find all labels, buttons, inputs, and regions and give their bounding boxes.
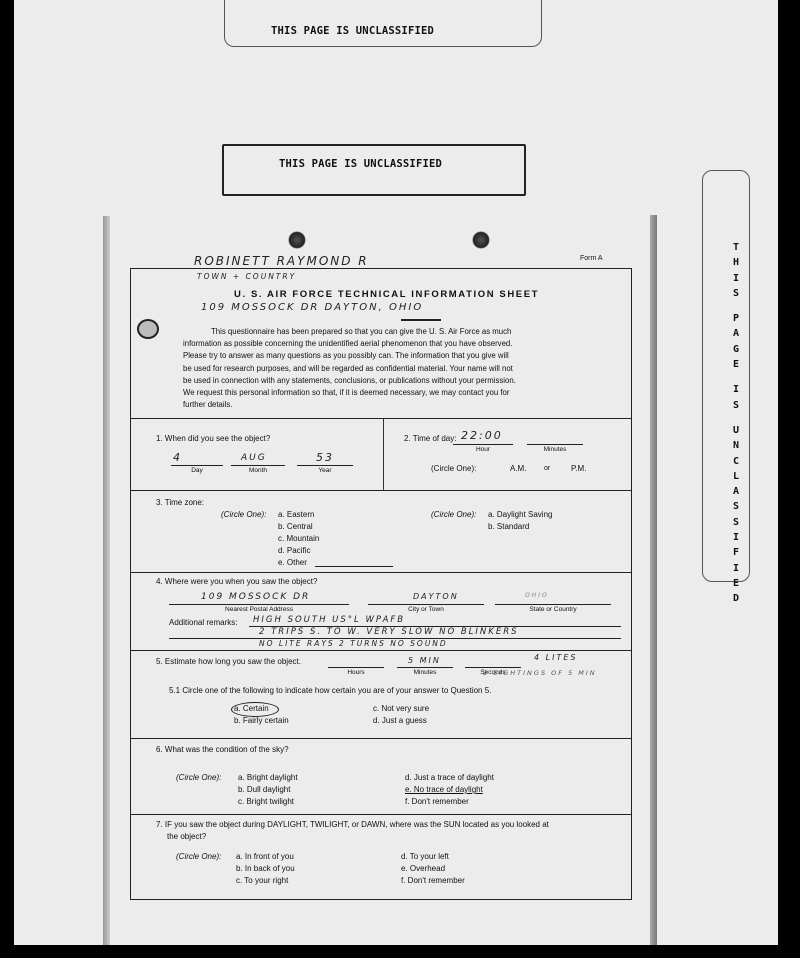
q7-option-left[interactable]: d. To your left: [401, 852, 449, 861]
section-q6: 6. What was the condition of the sky? (C…: [131, 738, 631, 814]
side-unclassified-stamp: THISPAGEISUNCLASSIFIED: [729, 240, 743, 607]
q1-question: 1. When did you see the object?: [156, 434, 270, 443]
top-unclassified-stamp: THIS PAGE IS UNCLASSIFIED: [271, 25, 434, 37]
q3-circle-one: (Circle One):: [221, 510, 266, 519]
q6-option-bright-daylight[interactable]: a. Bright daylight: [238, 773, 298, 782]
q4-remarks-line1: HIGH SOUTH US°L WPAFB: [253, 615, 405, 625]
q3-other-field[interactable]: [315, 566, 393, 567]
q7-circle-one: (Circle One):: [176, 852, 221, 861]
q6-option-no-trace-daylight[interactable]: e. No trace of daylight: [405, 785, 483, 794]
q6-option-dont-remember[interactable]: f. Don't remember: [405, 797, 469, 806]
q5-seconds-field[interactable]: [465, 667, 521, 668]
top-stamp-bracket: [224, 0, 542, 47]
q3-type-standard[interactable]: b. Standard: [488, 522, 529, 531]
q3-type-daylight-saving[interactable]: a. Daylight Saving: [488, 510, 552, 519]
side-stamp-gap: [729, 372, 743, 382]
q4-remarks-line2: 2 TRIPS S. TO W. VERY SLOW NO BLINKERS: [259, 627, 519, 637]
q2-question: 2. Time of day:: [404, 434, 456, 443]
q1-year-value: 53: [316, 451, 334, 464]
q1-day-label: Day: [171, 467, 223, 474]
form-title: U. S. AIR FORCE TECHNICAL INFORMATION SH…: [234, 289, 539, 300]
q1-q2-divider: [383, 419, 384, 491]
middle-unclassified-stamp: THIS PAGE IS UNCLASSIFIED: [279, 158, 442, 170]
q3-zone-other[interactable]: e. Other: [278, 558, 307, 567]
side-stamp-letter: P: [729, 311, 743, 326]
side-stamp-letter: S: [729, 499, 743, 514]
intro-line: Please try to answer as many questions a…: [183, 350, 516, 362]
intro-line: information as possible concerning the u…: [183, 338, 516, 350]
side-stamp-letter: L: [729, 469, 743, 484]
side-stamp-letter: C: [729, 454, 743, 469]
q4-state-label: State or Country: [495, 606, 611, 613]
side-stamp-letter: H: [729, 255, 743, 270]
q3-zone-pacific[interactable]: d. Pacific: [278, 546, 310, 555]
right-edge: [778, 0, 800, 958]
q51-option-not-very-sure[interactable]: c. Not very sure: [373, 704, 429, 713]
q5-hours-label: Hours: [328, 669, 384, 676]
title-rule: [401, 319, 441, 321]
q4-remarks-label: Additional remarks:: [169, 618, 237, 627]
q1-day-field[interactable]: [171, 465, 223, 466]
q5-question: 5. Estimate how long you saw the object.: [156, 657, 301, 666]
side-stamp-gap: [729, 301, 743, 311]
handwritten-name: ROBINETT RAYMOND R: [194, 254, 369, 268]
q6-circle-one: (Circle One):: [176, 773, 221, 782]
section-q3: 3. Time zone: (Circle One): a. Eastern b…: [131, 490, 631, 572]
q5-hours-field[interactable]: [328, 667, 384, 668]
q2-am-option[interactable]: A.M.: [510, 464, 526, 473]
side-stamp-letter: S: [729, 286, 743, 301]
side-stamp-letter: D: [729, 591, 743, 606]
punch-hole-right: [472, 231, 490, 249]
q51-option-certain[interactable]: a. Certain: [234, 704, 269, 713]
q7-option-front[interactable]: a. In front of you: [236, 852, 294, 861]
q3-zone-mountain[interactable]: c. Mountain: [278, 534, 319, 543]
side-stamp-letter: U: [729, 423, 743, 438]
q4-city-value: DAYTON: [413, 592, 459, 601]
side-stamp-letter: N: [729, 438, 743, 453]
side-stamp-letter: E: [729, 576, 743, 591]
q2-hour-value: 22:00: [461, 429, 503, 442]
section-q7: 7. IF you saw the object during DAYLIGHT…: [131, 814, 631, 900]
q1-year-label: Year: [297, 467, 353, 474]
intro-line: We request this personal information so …: [183, 387, 516, 399]
side-stamp-letter: I: [729, 530, 743, 545]
q6-option-trace-daylight[interactable]: d. Just a trace of daylight: [405, 773, 494, 782]
q5-note-sightings: 2 SIGHTINGS OF 5 MIN: [483, 669, 597, 677]
q5-minutes-field[interactable]: [397, 667, 453, 668]
section-q5: 5. Estimate how long you saw the object.…: [131, 650, 631, 738]
intro-line: be used in connection with any statement…: [183, 375, 516, 387]
q6-option-bright-twilight[interactable]: c. Bright twilight: [238, 797, 294, 806]
intro-line: be used for research purposes, and will …: [183, 363, 516, 375]
q1-month-label: Month: [231, 467, 285, 474]
intro-paragraph: This questionnaire has been prepared so …: [183, 326, 516, 411]
q51-option-fairly-certain[interactable]: b. Fairly certain: [234, 716, 289, 725]
side-stamp-letter: A: [729, 326, 743, 341]
side-stamp-letter: F: [729, 545, 743, 560]
side-stamp-letter: S: [729, 515, 743, 530]
q5-note-lites: 4 LITES: [534, 653, 577, 662]
q4-state-field[interactable]: [495, 604, 611, 605]
side-stamp-letter: T: [729, 240, 743, 255]
q4-question: 4. Where were you when you saw the objec…: [156, 577, 317, 586]
q3-zone-eastern[interactable]: a. Eastern: [278, 510, 314, 519]
side-stamp-letter: A: [729, 484, 743, 499]
side-stamp-letter: S: [729, 398, 743, 413]
side-stamp-letter: I: [729, 271, 743, 286]
right-shadow-strip: [650, 215, 657, 945]
section-q4: 4. Where were you when you saw the objec…: [131, 572, 631, 650]
middle-stamp-bracket: [222, 144, 526, 196]
q2-hour-field[interactable]: [453, 444, 513, 445]
q7-option-back[interactable]: b. In back of you: [236, 864, 295, 873]
intro-line: This questionnaire has been prepared so …: [183, 326, 516, 338]
q5-minutes-label: Minutes: [397, 669, 453, 676]
q3-circle-one-2: (Circle One):: [431, 510, 476, 519]
q51-option-just-a-guess[interactable]: d. Just a guess: [373, 716, 427, 725]
q2-or-label: or: [544, 465, 550, 472]
punch-hole-left: [288, 231, 306, 249]
q1-month-field[interactable]: [231, 465, 285, 466]
q51-question: 5.1 Circle one of the following to indic…: [169, 686, 491, 695]
q4-address-field[interactable]: [169, 604, 349, 605]
q7-option-dont-remember[interactable]: f. Don't remember: [401, 876, 465, 885]
q4-city-field[interactable]: [368, 604, 484, 605]
handwritten-town-country: TOWN + COUNTRY: [197, 272, 296, 281]
q4-address-value: 109 MOSSOCK DR: [201, 592, 310, 602]
q4-state-value: OHIO: [525, 592, 549, 599]
q7-option-overhead[interactable]: e. Overhead: [401, 864, 445, 873]
q3-zone-central[interactable]: b. Central: [278, 522, 313, 531]
side-stamp-letter: I: [729, 382, 743, 397]
q2-hour-label: Hour: [453, 446, 513, 453]
q6-option-dull-daylight[interactable]: b. Dull daylight: [238, 785, 290, 794]
form-label: Form A: [580, 255, 603, 262]
q1-month-value: AUG: [241, 453, 267, 463]
q6-question: 6. What was the condition of the sky?: [156, 745, 289, 754]
technical-information-sheet: TOWN + COUNTRY U. S. AIR FORCE TECHNICAL…: [130, 268, 632, 900]
intro-line: further details.: [183, 399, 516, 411]
q2-circle-one: (Circle One):: [431, 464, 476, 473]
handwritten-address: 109 MOSSOCK DR DAYTON, OHIO: [201, 302, 423, 313]
q2-minutes-field[interactable]: [527, 444, 583, 445]
q4-address-label: Nearest Postal Address: [169, 606, 349, 613]
side-stamp-letter: G: [729, 342, 743, 357]
left-shadow-strip: [103, 216, 110, 946]
q2-pm-option[interactable]: P.M.: [571, 464, 586, 473]
q7-question-line2: the object?: [167, 832, 206, 841]
q1-year-field[interactable]: [297, 465, 353, 466]
q4-remarks-line3: NO LITE RAYS 2 TURNS NO SOUND: [259, 639, 448, 648]
bottom-shadow: [0, 945, 800, 958]
side-stamp-letter: I: [729, 561, 743, 576]
side-stamp-letter: E: [729, 357, 743, 372]
q4-city-label: City or Town: [368, 606, 484, 613]
stain-mark: [137, 319, 159, 339]
q1-day-value: 4: [173, 451, 182, 464]
section-q1-q2: 1. When did you see the object? 4 Day AU…: [131, 418, 631, 490]
side-stamp-gap: [729, 413, 743, 423]
q3-question: 3. Time zone:: [156, 498, 204, 507]
q2-minutes-label: Minutes: [527, 446, 583, 453]
q5-minutes-value: 5 MIN: [408, 656, 441, 665]
q7-question-line1: 7. IF you saw the object during DAYLIGHT…: [156, 820, 549, 829]
q7-option-right[interactable]: c. To your right: [236, 876, 288, 885]
